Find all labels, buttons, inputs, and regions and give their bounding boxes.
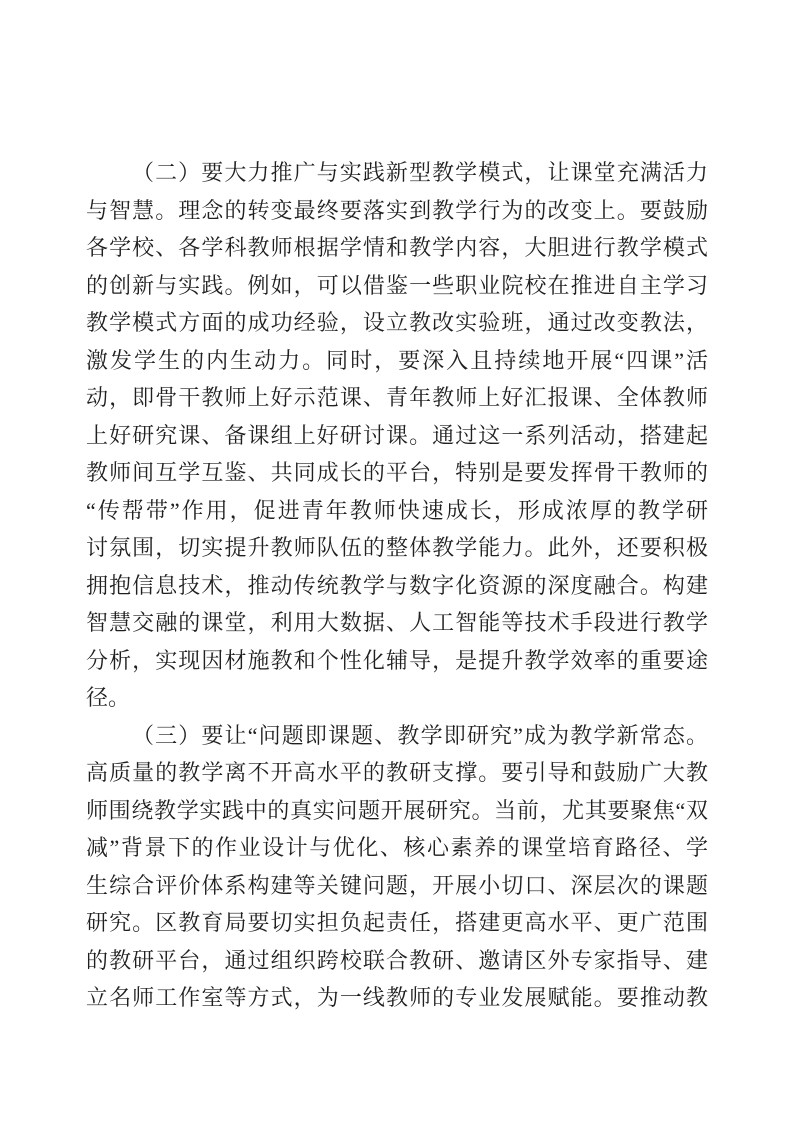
text-line: 径。: [86, 679, 708, 717]
text-line: （三）要让“问题即课题、教学即研究”成为教学新常态。: [86, 717, 708, 755]
text-line: 教学模式方面的成功经验，设立教改实验班，通过改变教法，: [86, 304, 708, 342]
text-line: 上好研究课、备课组上好研讨课。通过这一系列活动，搭建起: [86, 417, 708, 455]
paragraph-2: （二）要大力推广与实践新型教学模式，让课堂充满活力 与智慧。理念的转变最终要落实…: [86, 154, 708, 717]
text-line: 研究。区教育局要切实担负起责任，搭建更高水平、更广范围: [86, 904, 708, 942]
text-line: 激发学生的内生动力。同时，要深入且持续地开展“四课”活: [86, 342, 708, 380]
text-line: 立名师工作室等方式，为一线教师的专业发展赋能。要推动教: [86, 979, 708, 1017]
text-line: 动，即骨干教师上好示范课、青年教师上好汇报课、全体教师: [86, 379, 708, 417]
paragraph-3: （三）要让“问题即课题、教学即研究”成为教学新常态。 高质量的教学离不开高水平的…: [86, 717, 708, 1017]
text-line: 生综合评价体系构建等关键问题，开展小切口、深层次的课题: [86, 867, 708, 905]
text-line: （二）要大力推广与实践新型教学模式，让课堂充满活力: [86, 154, 708, 192]
text-line: 高质量的教学离不开高水平的教研支撑。要引导和鼓励广大教: [86, 754, 708, 792]
text-line: “传帮带”作用，促进青年教师快速成长，形成浓厚的教学研: [86, 492, 708, 530]
text-line: 讨氛围，切实提升教师队伍的整体教学能力。此外，还要积极: [86, 529, 708, 567]
text-line: 师围绕教学实践中的真实问题开展研究。当前，尤其要聚焦“双: [86, 792, 708, 830]
text-line: 的创新与实践。例如，可以借鉴一些职业院校在推进自主学习: [86, 267, 708, 305]
text-line: 各学校、各学科教师根据学情和教学内容，大胆进行教学模式: [86, 229, 708, 267]
document-page: （二）要大力推广与实践新型教学模式，让课堂充满活力 与智慧。理念的转变最终要落实…: [0, 0, 793, 1122]
text-line: 拥抱信息技术，推动传统教学与数字化资源的深度融合。构建: [86, 567, 708, 605]
text-line: 的教研平台，通过组织跨校联合教研、邀请区外专家指导、建: [86, 942, 708, 980]
text-line: 智慧交融的课堂，利用大数据、人工智能等技术手段进行教学: [86, 604, 708, 642]
text-line: 与智慧。理念的转变最终要落实到教学行为的改变上。要鼓励: [86, 192, 708, 230]
text-line: 教师间互学互鉴、共同成长的平台，特别是要发挥骨干教师的: [86, 454, 708, 492]
document-body: （二）要大力推广与实践新型教学模式，让课堂充满活力 与智慧。理念的转变最终要落实…: [86, 154, 708, 1017]
text-line: 分析，实现因材施教和个性化辅导，是提升教学效率的重要途: [86, 642, 708, 680]
text-line: 减”背景下的作业设计与优化、核心素养的课堂培育路径、学: [86, 829, 708, 867]
